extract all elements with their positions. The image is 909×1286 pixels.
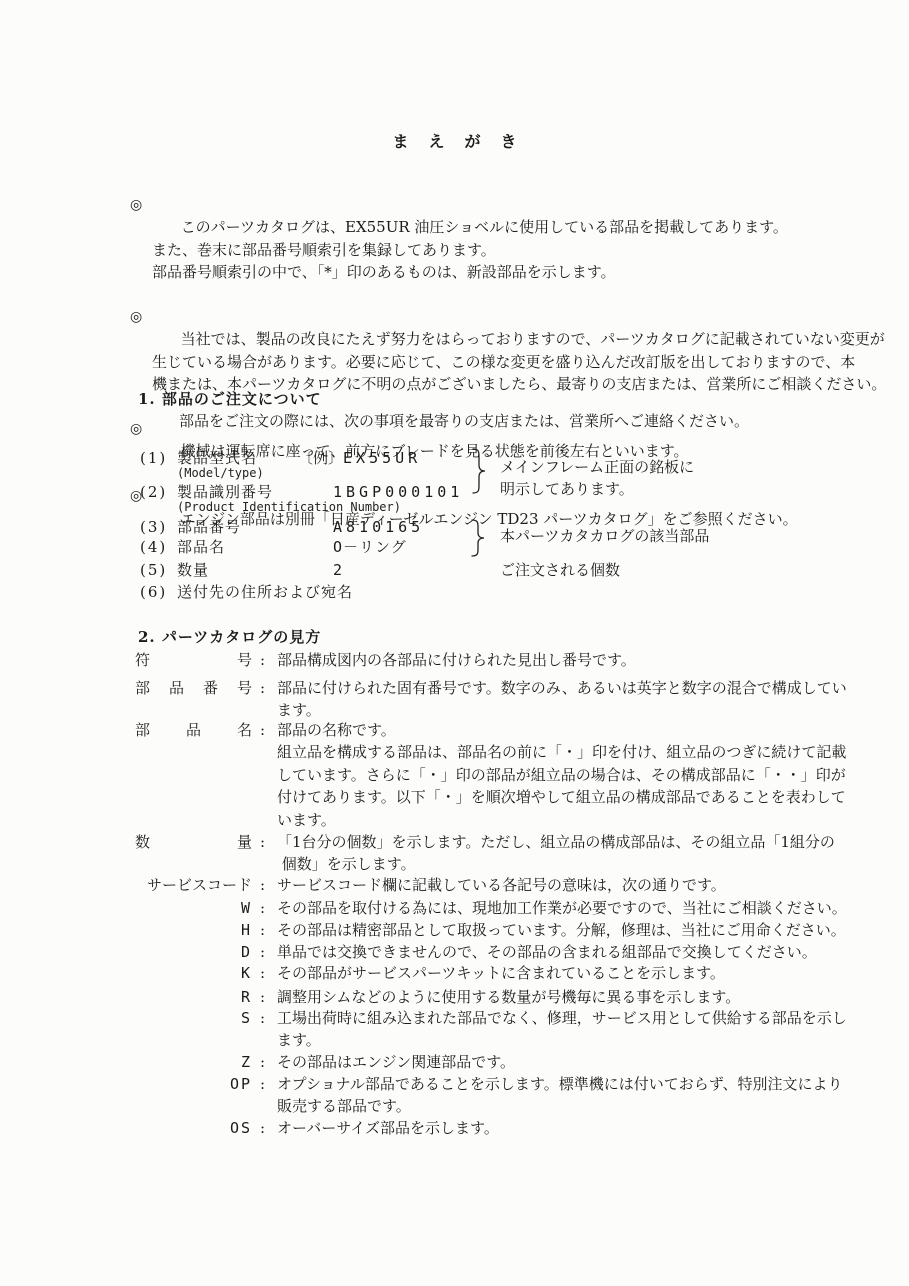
service-code-row: H : その部品は精密部品として取扱っています。分解，修理は、当社にご用命くださ… — [135, 919, 846, 941]
order-item-row: (3) 部品番号 A810165 — [140, 516, 560, 538]
section2-heading: 2. パーツカタログの見方 — [138, 626, 321, 647]
item-label: 送付先の住所および宛名 — [177, 581, 353, 603]
item-label: 数量 — [177, 559, 209, 581]
item-number: (5) — [140, 559, 167, 581]
model-type-value: EX55UR — [343, 449, 421, 467]
brace-icon — [471, 448, 487, 494]
legend-row: 部品名 : 部品の名称です。 組立品を構成する部品は、部品名の前に「・」印を付け… — [135, 719, 846, 831]
colon-separator: : — [252, 941, 272, 963]
service-code-description: 工場出荷時に組み込まれた部品でなく、修理，サービス用として供給する部品を示し ま… — [272, 1007, 847, 1052]
service-code: K — [135, 962, 252, 984]
legend-description: 部品の名称です。 組立品を構成する部品は、部品名の前に「・」印を付け、組立品のつ… — [272, 719, 846, 831]
legend-description: 部品に付けられた固有番号です。数字のみ、あるいは英字と数字の混合で構成してい ま… — [272, 677, 847, 722]
double-circle-bullet-icon: ◎ — [130, 306, 142, 328]
service-code-description: オプショナル部品であることを示します。標準機には付いておらず、特別注文により 販… — [272, 1073, 843, 1118]
item-label: 部品名 — [177, 536, 225, 558]
service-code-description: オーバーサイズ部品を示します。 — [272, 1117, 499, 1139]
service-code-row: S : 工場出荷時に組み込まれた部品でなく、修理，サービス用として供給する部品を… — [135, 1007, 847, 1052]
colon-separator: : — [252, 719, 272, 741]
legend-term: 符号 — [135, 649, 252, 671]
scanned-parts-catalog-preface-page: まえがき ◎このパーツカタログは、EX55UR 油圧ショベルに使用している部品を… — [0, 0, 909, 1286]
service-code-row: D : 単品では交換できませんので、その部品の含まれる組部品で交換してください。 — [135, 941, 817, 963]
item-sublabel-en: (Model/type) — [177, 466, 264, 480]
brace-note-catalog-parts: 本パーツカタカログの該当部品 — [500, 526, 709, 548]
colon-separator: : — [252, 649, 272, 671]
double-circle-bullet-icon: ◎ — [130, 418, 142, 440]
quantity-value: 2 — [333, 559, 342, 581]
colon-separator: : — [252, 1007, 272, 1029]
colon-separator: : — [252, 897, 272, 919]
order-item-row: (5) 数量 2 ご注文される個数 — [140, 559, 760, 581]
service-code: D — [135, 941, 252, 963]
item-number: (2) — [140, 481, 167, 503]
part-name-value: O－リング — [333, 536, 407, 558]
service-code: Z — [135, 1051, 252, 1073]
service-code-row: W : その部品を取付ける為には、現地加工作業が必要ですので、当社にご相談くださ… — [135, 897, 847, 919]
legend-description: 「1台分の個数」を示します。ただし、組立品の構成部品は、その組立品「1組分の 個… — [272, 831, 835, 876]
legend-row: 数量 : 「1台分の個数」を示します。ただし、組立品の構成部品は、その組立品「1… — [135, 831, 835, 876]
colon-separator: : — [252, 986, 272, 1008]
notice-item: ◎このパーツカタログは、EX55UR 油圧ショベルに使用している部品を掲載してあ… — [130, 194, 886, 306]
service-code-row: OP : オプショナル部品であることを示します。標準機には付いておらず、特別注文… — [135, 1073, 843, 1118]
legend-term: 数量 — [135, 831, 252, 853]
service-code-row: R : 調整用シムなどのように使用する数量が号機毎に異る事を示します。 — [135, 986, 740, 1008]
double-circle-bullet-icon: ◎ — [130, 194, 142, 216]
legend-row: サービスコード : サービスコード欄に記載している各記号の意味は，次の通りです。 — [135, 874, 726, 896]
service-code: W — [135, 897, 252, 919]
service-code: S — [135, 1007, 252, 1029]
colon-separator: : — [252, 962, 272, 984]
service-code-description: その部品がサービスパーツキットに含まれていることを示します。 — [272, 962, 725, 984]
item-number: (6) — [140, 581, 167, 603]
colon-separator: : — [252, 1051, 272, 1073]
legend-row: 部品番号 : 部品に付けられた固有番号です。数字のみ、あるいは英字と数字の混合で… — [135, 677, 847, 722]
legend-row: 符号 : 部品構成図内の各部品に付けられた見出し番号です。 — [135, 649, 636, 671]
section1-heading: 1. 部品のご注文について — [138, 388, 322, 409]
item-number: (1) — [140, 447, 167, 469]
order-item-row: (4) 部品名 O－リング — [140, 536, 560, 558]
legend-description: 部品構成図内の各部品に付けられた見出し番号です。 — [272, 649, 636, 671]
page-title: まえがき — [0, 129, 909, 152]
service-code-description: 単品では交換できませんので、その部品の含まれる組部品で交換してください。 — [272, 941, 817, 963]
colon-separator: : — [252, 1073, 272, 1095]
legend-term: サービスコード — [135, 874, 252, 896]
service-code-description: 調整用シムなどのように使用する数量が号機毎に異る事を示します。 — [272, 986, 740, 1008]
legend-description: サービスコード欄に記載している各記号の意味は，次の通りです。 — [272, 874, 726, 896]
section1-intro: 部品をご注文の際には、次の事項を最寄りの支店または、営業所へご連絡ください。 — [179, 410, 749, 432]
quantity-note: ご注文される個数 — [500, 559, 620, 581]
order-item-row: (6) 送付先の住所および宛名 — [140, 581, 560, 603]
item-number: (4) — [140, 536, 167, 558]
service-code: OP — [135, 1073, 252, 1095]
colon-separator: : — [252, 1117, 272, 1139]
colon-separator: : — [252, 874, 272, 896]
service-code-description: その部品は精密部品として取扱っています。分解，修理は、当社にご用命ください。 — [272, 919, 846, 941]
service-code: OS — [135, 1117, 252, 1139]
item-value: 〔例〕EX55UR — [298, 447, 421, 469]
service-code-description: その部品を取付ける為には、現地加工作業が必要ですので、当社にご相談ください。 — [272, 897, 847, 919]
notice-text: 当社では、製品の改良にたえず努力をはらっておりますので、パーツカタログに記載され… — [152, 330, 886, 393]
colon-separator: : — [252, 831, 272, 853]
service-code-description: その部品はエンジン関連部品です。 — [272, 1051, 515, 1073]
notice-text: このパーツカタログは、EX55UR 油圧ショベルに使用している部品を掲載してあり… — [152, 218, 788, 281]
service-code-row: OS : オーバーサイズ部品を示します。 — [135, 1117, 499, 1139]
colon-separator: : — [252, 677, 272, 699]
colon-separator: : — [252, 919, 272, 941]
item-sublabel-en: (Product Identification Number) — [177, 500, 401, 514]
service-code-row: Z : その部品はエンジン関連部品です。 — [135, 1051, 515, 1073]
service-code: R — [135, 986, 252, 1008]
example-prefix: 〔例〕 — [298, 449, 343, 467]
service-code: H — [135, 919, 252, 941]
brace-note-nameplate: メインフレーム正面の銘板に 明示してあります。 — [500, 457, 694, 500]
legend-term: 部品番号 — [135, 677, 252, 699]
legend-term: 部品名 — [135, 719, 252, 741]
service-code-row: K : その部品がサービスパーツキットに含まれていることを示します。 — [135, 962, 725, 984]
brace-icon — [470, 519, 486, 557]
